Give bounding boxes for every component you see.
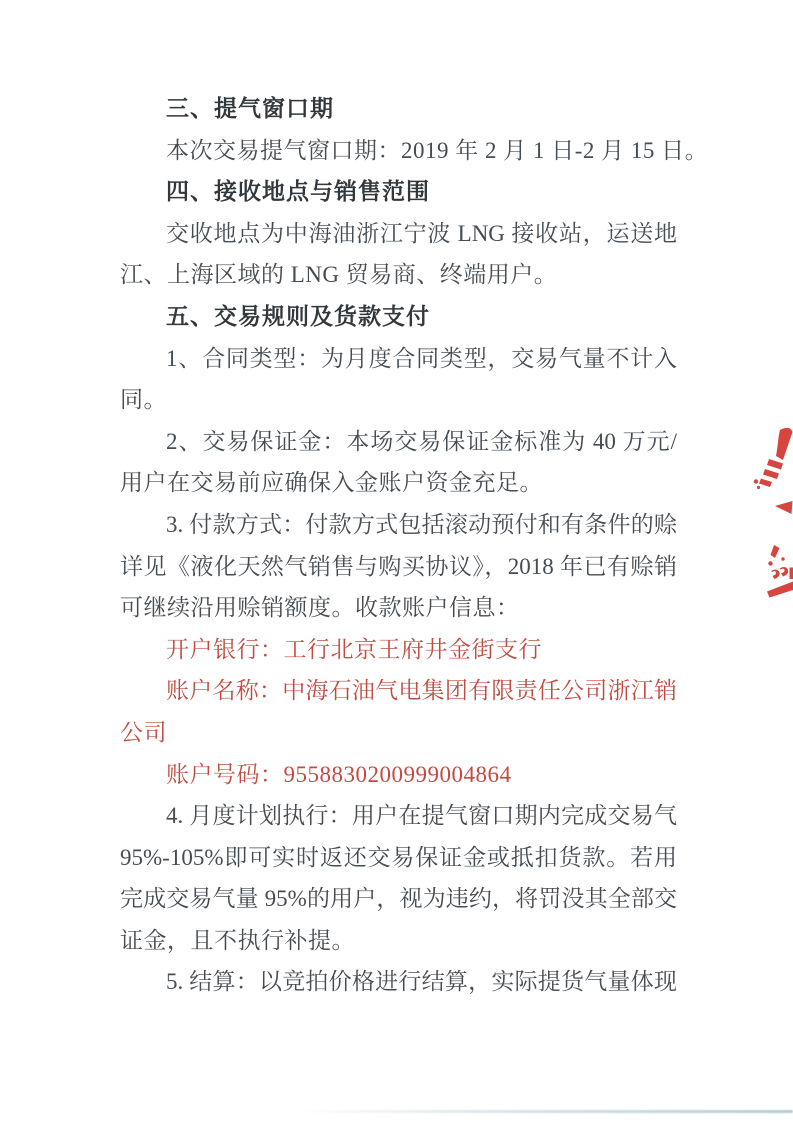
document-line: 开户银行：工行北京王府井金街支行 bbox=[120, 629, 677, 671]
document-line: 完成交易气量 95%的用户，视为违约，将罚没其全部交易保 bbox=[120, 878, 677, 920]
document-line: 1、合同类型：为月度合同类型，交易气量不计入其他合 bbox=[120, 338, 677, 380]
section-heading: 五、交易规则及货款支付 bbox=[120, 296, 677, 338]
document-line: 账户号码：9558830200999004864 bbox=[120, 754, 677, 796]
document-line: 5. 结算：以竞拍价格进行结算，实际提货气量体现在提 bbox=[120, 961, 677, 1003]
document-line: 2、交易保证金：本场交易保证金标准为 40 万元/万吨， bbox=[120, 421, 677, 463]
document-line: 交收地点为中海油浙江宁波 LNG 接收站，运送地址为浙 bbox=[120, 213, 677, 255]
document-line: 可继续沿用赊销额度。收款账户信息： bbox=[120, 587, 677, 629]
document-line: 公司 bbox=[120, 712, 677, 754]
document-line: 江、上海区域的 LNG 贸易商、终端用户。 bbox=[120, 254, 677, 296]
page-bottom-edge-shadow bbox=[295, 1110, 793, 1113]
section-heading: 三、提气窗口期 bbox=[120, 88, 677, 130]
document-line: 95%-105%即可实时返还交易保证金或抵扣货款。若用户未能 bbox=[120, 837, 677, 879]
document-line: 4. 月度计划执行：用户在提气窗口期内完成交易气量的 bbox=[120, 795, 677, 837]
document-line: 本次交易提气窗口期：2019 年 2 月 1 日-2 月 15 日。 bbox=[120, 130, 677, 172]
document-line: 详见《液化天然气销售与购买协议》，2018 年已有赊销用户 bbox=[120, 546, 677, 588]
document-line: 账户名称：中海石油气电集团有限责任公司浙江销售分 bbox=[120, 670, 677, 712]
document-line: 证金，且不执行补提。 bbox=[120, 920, 677, 962]
section-heading: 四、接收地点与销售范围 bbox=[120, 171, 677, 213]
scanned-document-page: 三、提气窗口期本次交易提气窗口期：2019 年 2 月 1 日-2 月 15 日… bbox=[0, 0, 793, 1123]
document-body: 三、提气窗口期本次交易提气窗口期：2019 年 2 月 1 日-2 月 15 日… bbox=[120, 88, 677, 1003]
red-seal-stamp-icon bbox=[745, 425, 793, 600]
document-line: 3. 付款方式：付款方式包括滚动预付和有条件的赊销， bbox=[120, 504, 677, 546]
document-line: 用户在交易前应确保入金账户资金充足。 bbox=[120, 462, 677, 504]
document-line: 同。 bbox=[120, 379, 677, 421]
